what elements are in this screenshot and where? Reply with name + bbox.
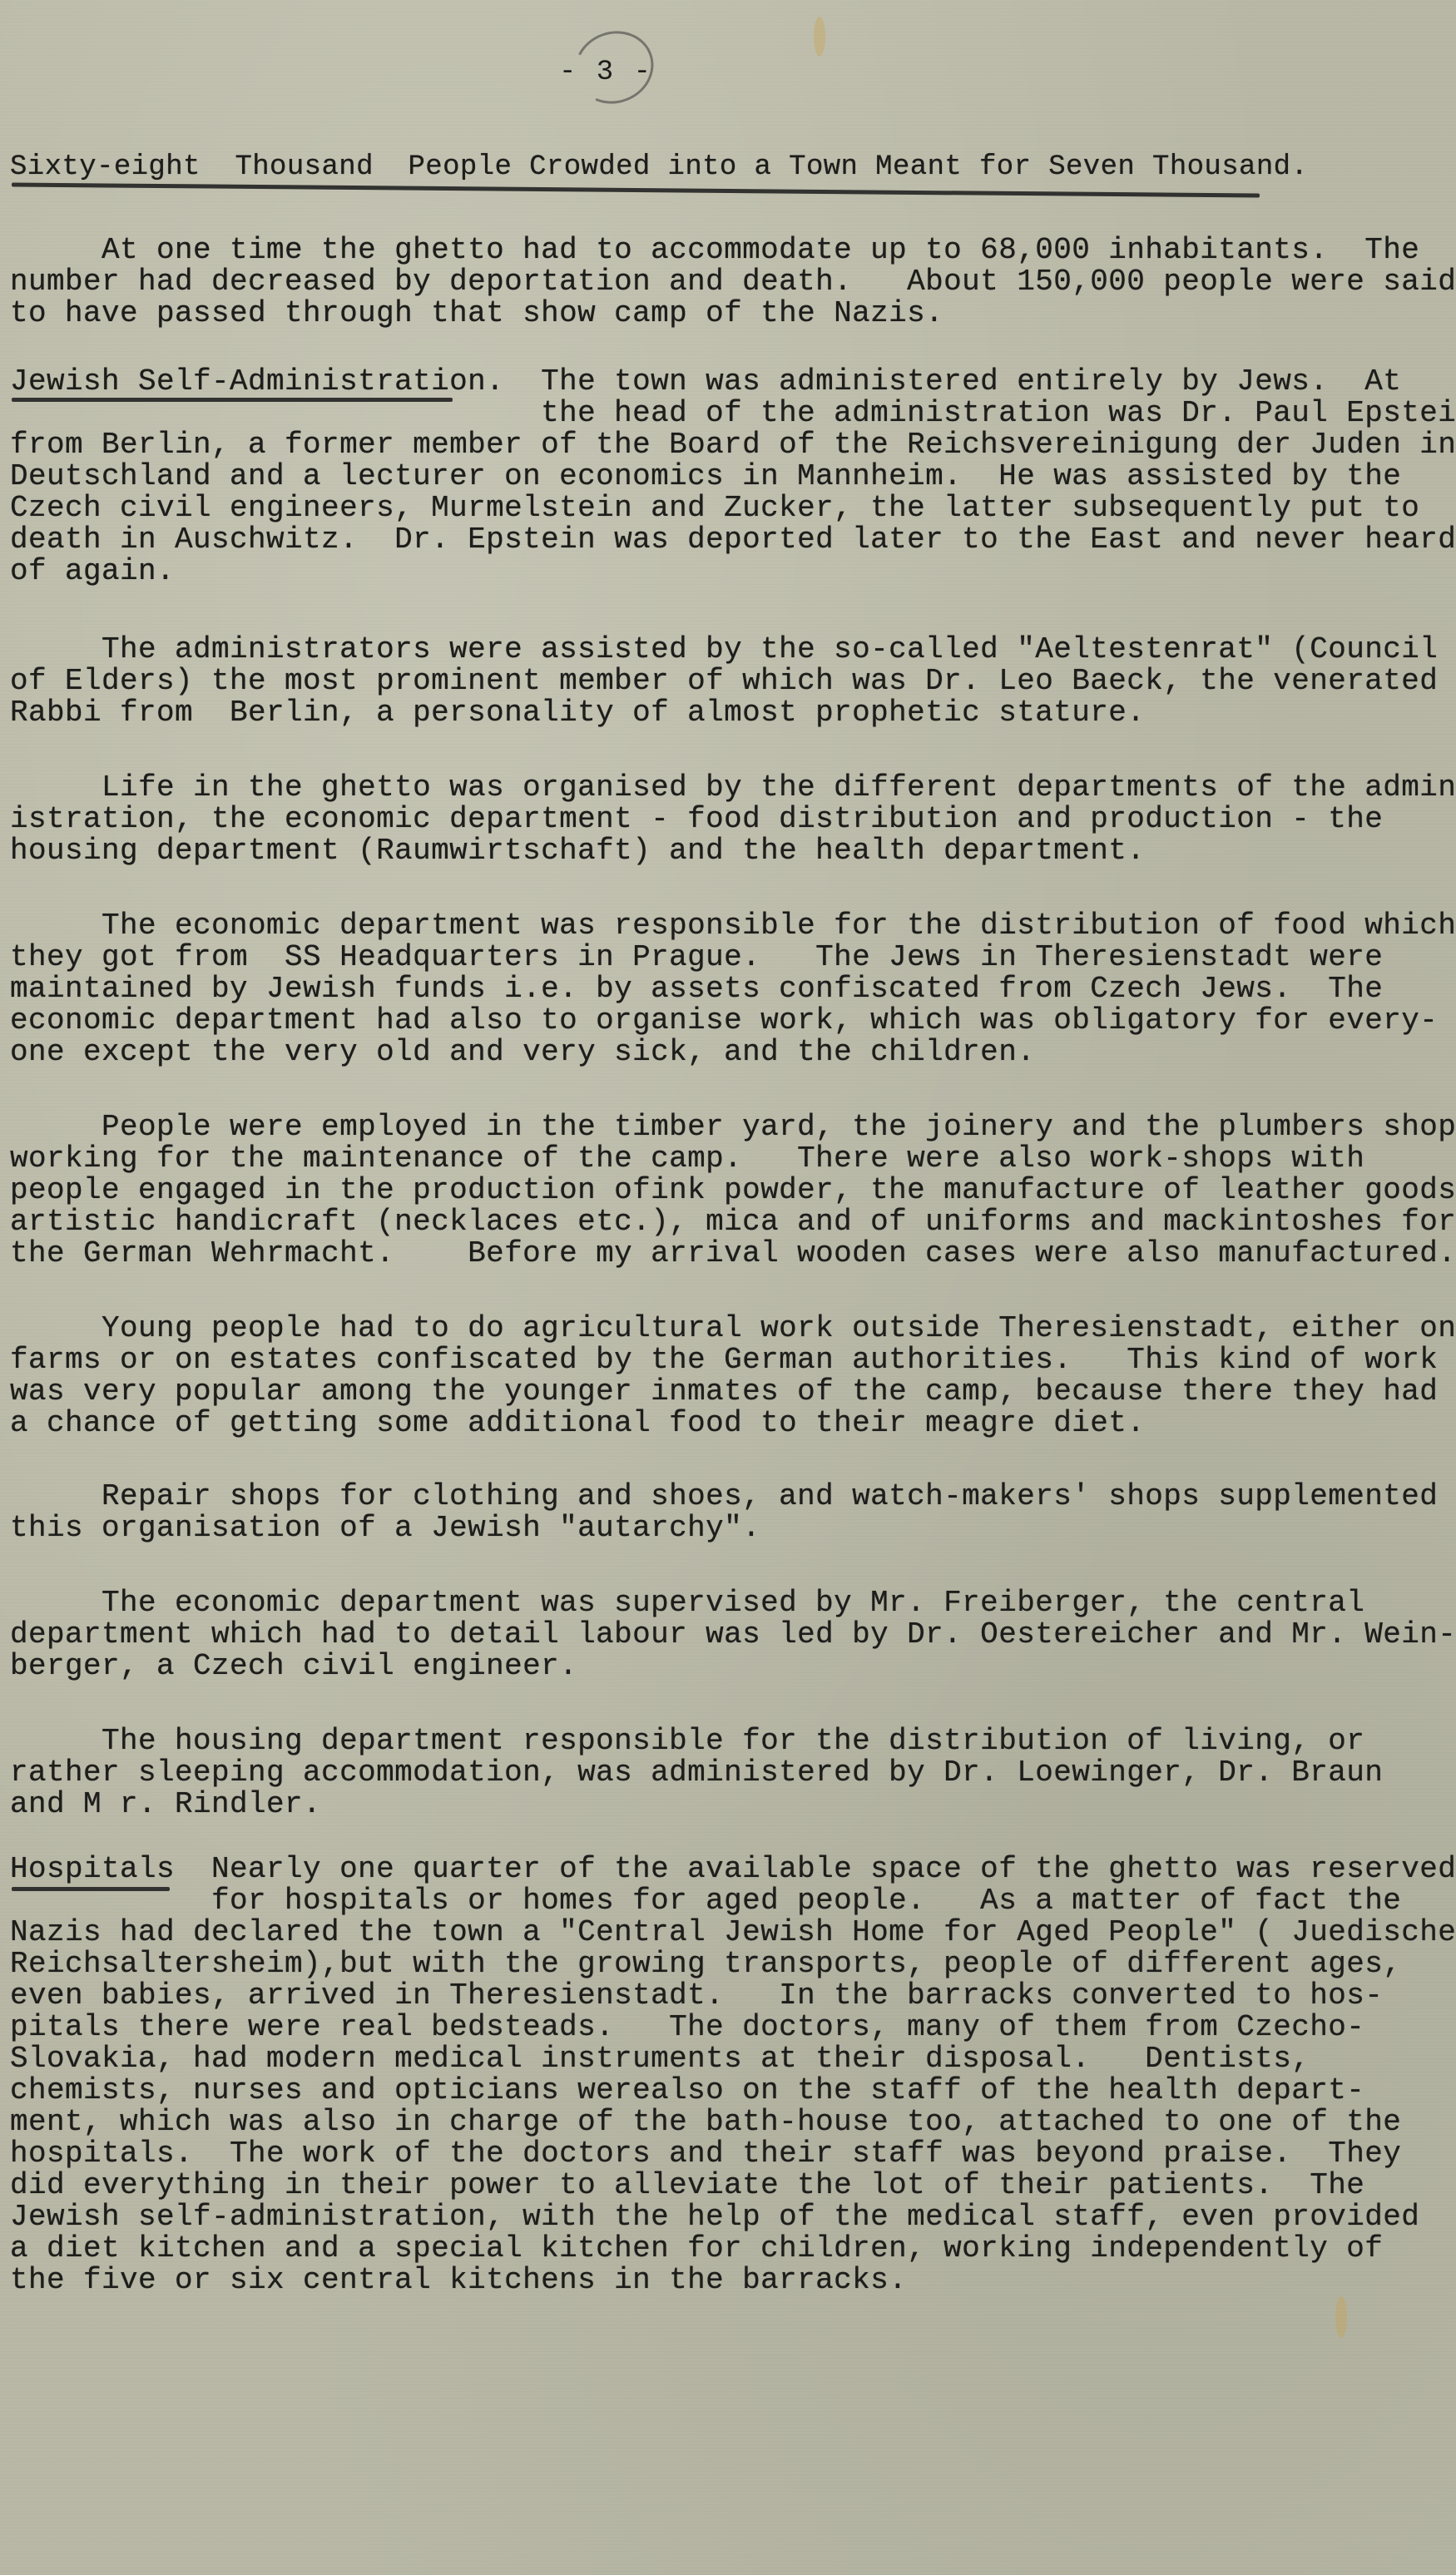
paragraph-5-line-2: they got from SS Headquarters in Prague.…	[10, 942, 1383, 973]
document-page: - 3 - Sixty-eight Thousand People Crowde…	[0, 0, 1456, 2575]
paragraph-11-line-6: pitals there were real bedsteads. The do…	[10, 2012, 1364, 2043]
paragraph-6-line-4: artistic handicraft (necklaces etc.), mi…	[10, 1206, 1456, 1238]
paper-stain	[814, 17, 825, 57]
section-hospitals-line-1: Hospitals Nearly one quarter of the avai…	[10, 1854, 1456, 1885]
paragraph-9-line-3: berger, a Czech civil engineer.	[10, 1651, 577, 1682]
paragraph-11-line-14: the five or six central kitchens in the …	[10, 2265, 907, 2296]
paragraph-6-line-1: People were employed in the timber yard,…	[10, 1112, 1456, 1143]
paragraph-1-line-1: At one time the ghetto had to accommodat…	[10, 235, 1419, 266]
paragraph-8-line-2: this organisation of a Jewish "autarchy"…	[10, 1513, 760, 1544]
paragraph-2-line-3: from Berlin, a former member of the Boar…	[10, 429, 1456, 461]
paragraph-5-line-4: economic department had also to organise…	[10, 1005, 1438, 1037]
paragraph-11-line-10: hospitals. The work of the doctors and t…	[10, 2138, 1401, 2170]
paragraph-11-line-13: a diet kitchen and a special kitchen for…	[10, 2233, 1383, 2265]
paragraph-1-line-3: to have passed through that show camp of…	[10, 298, 943, 329]
paragraph-3-line-3: Rabbi from Berlin, a personality of almo…	[10, 697, 1145, 729]
paragraph-10-line-2: rather sleeping accommodation, was admin…	[10, 1757, 1383, 1789]
paragraph-11-line-2: for hospitals or homes for aged people. …	[10, 1885, 1401, 1917]
paragraph-7-line-3: was very popular among the younger inmat…	[10, 1376, 1438, 1408]
paragraph-11-line-8: chemists, nurses and opticians werealso …	[10, 2075, 1364, 2107]
paragraph-4-line-1: Life in the ghetto was organised by the …	[10, 772, 1456, 804]
section-jewish-self-administration-line-1: Jewish Self-Administration. The town was…	[10, 366, 1401, 398]
paragraph-10-line-1: The housing department responsible for t…	[10, 1726, 1364, 1757]
paragraph-1-line-2: number had decreased by deportation and …	[10, 266, 1456, 298]
paragraph-6-line-5: the German Wehrmacht. Before my arrival …	[10, 1238, 1456, 1270]
paragraph-3-line-1: The administrators were assisted by the …	[10, 634, 1438, 666]
paragraph-11-line-7: Slovakia, had modern medical instruments…	[10, 2043, 1310, 2075]
paragraph-5-line-1: The economic department was responsible …	[10, 910, 1456, 942]
paragraph-5-line-3: maintained by Jewish funds i.e. by asset…	[10, 973, 1383, 1005]
paragraph-2-line-4: Deutschland and a lecturer on economics …	[10, 461, 1401, 493]
paragraph-2-line-6: death in Auschwitz. Dr. Epstein was depo…	[10, 524, 1456, 556]
paragraph-11-line-5: even babies, arrived in Theresienstadt. …	[10, 1980, 1383, 2012]
paragraph-2-line-7: of again.	[10, 556, 175, 587]
paragraph-7-line-2: farms or on estates confiscated by the G…	[10, 1344, 1438, 1376]
paper-stain	[1335, 2296, 1347, 2338]
paragraph-11-line-11: did everything in their power to allevia…	[10, 2170, 1364, 2201]
paragraph-9-line-1: The economic department was supervised b…	[10, 1587, 1364, 1619]
document-title: Sixty-eight Thousand People Crowded into…	[10, 151, 1308, 183]
paragraph-11-line-9: ment, which was also in charge of the ba…	[10, 2107, 1401, 2138]
paragraph-11-line-3: Nazis had declared the town a "Central J…	[10, 1917, 1456, 1949]
paragraph-3-line-2: of Elders) the most prominent member of …	[10, 666, 1438, 697]
paragraph-11-line-12: Jewish self-administration, with the hel…	[10, 2201, 1419, 2233]
paragraph-10-line-3: and M r. Rindler.	[10, 1789, 321, 1820]
paragraph-8-line-1: Repair shops for clothing and shoes, and…	[10, 1481, 1438, 1513]
paragraph-4-line-3: housing department (Raumwirtschaft) and …	[10, 835, 1145, 867]
paragraph-11-line-4: Reichsaltersheim),but with the growing t…	[10, 1949, 1401, 1980]
paragraph-7-line-4: a chance of getting some additional food…	[10, 1408, 1145, 1439]
paragraph-2-line-2: the head of the administration was Dr. P…	[10, 398, 1456, 429]
paragraph-5-line-5: one except the very old and very sick, a…	[10, 1037, 1035, 1068]
paragraph-2-line-5: Czech civil engineers, Murmelstein and Z…	[10, 493, 1419, 524]
page-number: - 3 -	[559, 57, 652, 88]
paragraph-4-line-2: istration, the economic department - foo…	[10, 804, 1383, 835]
paragraph-6-line-2: working for the maintenance of the camp.…	[10, 1143, 1364, 1175]
title-underline	[12, 182, 1260, 197]
paragraph-7-line-1: Young people had to do agricultural work…	[10, 1313, 1456, 1344]
paragraph-6-line-3: people engaged in the production ofink p…	[10, 1175, 1456, 1206]
paragraph-9-line-2: department which had to detail labour wa…	[10, 1619, 1456, 1651]
